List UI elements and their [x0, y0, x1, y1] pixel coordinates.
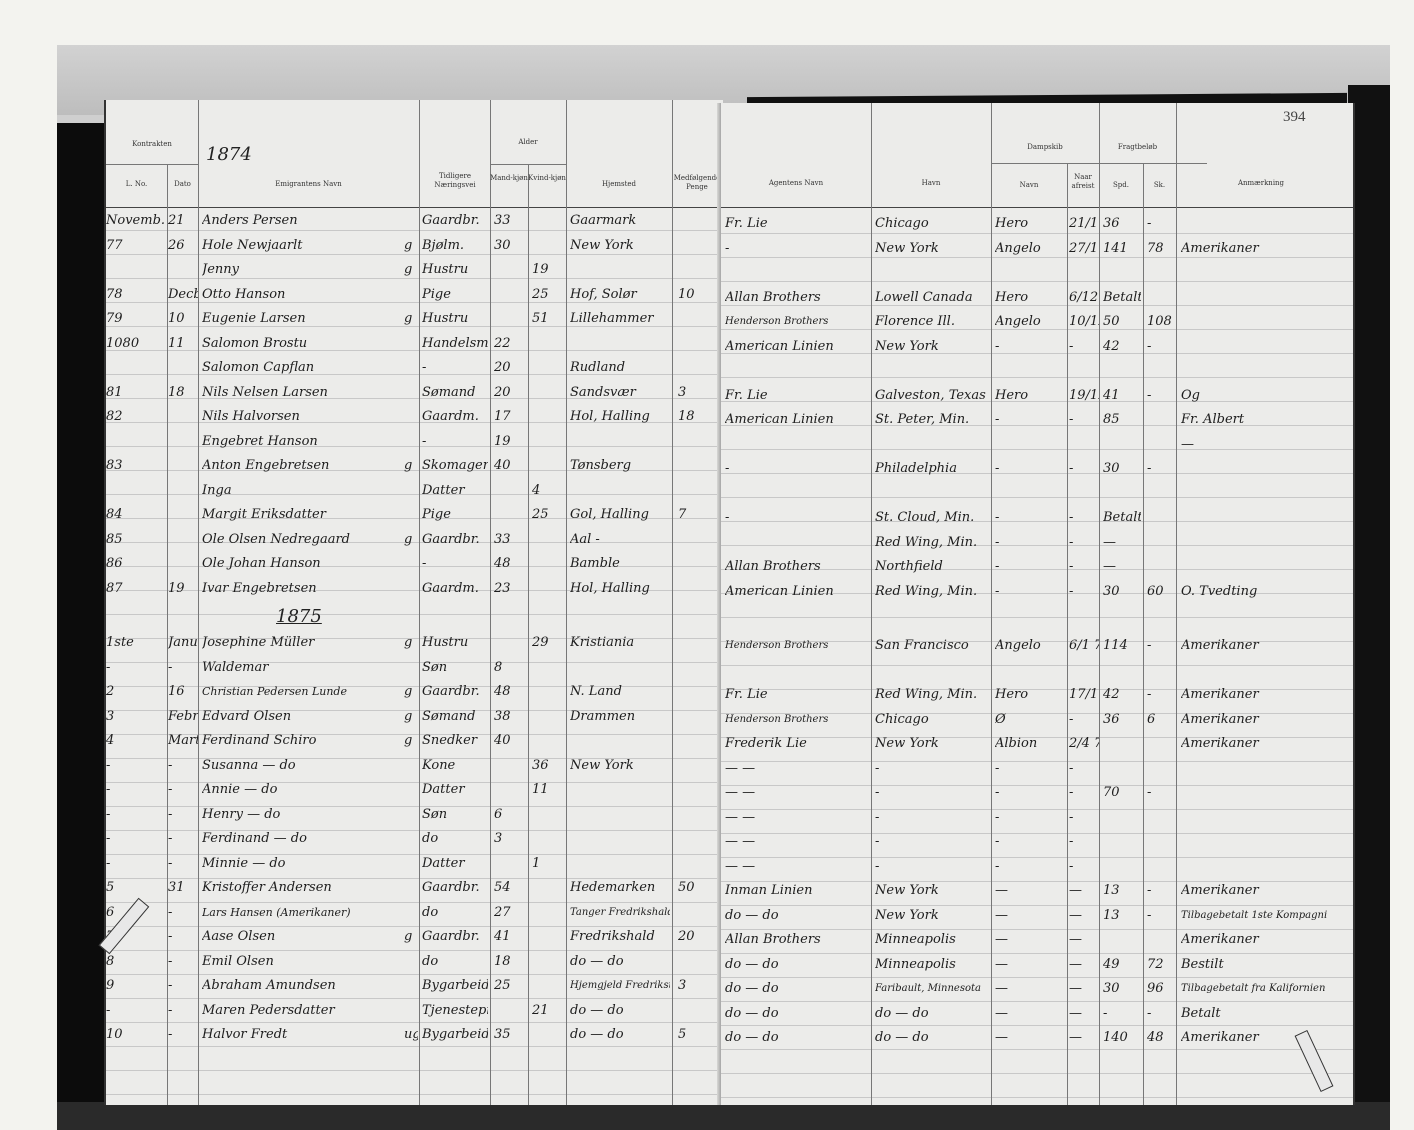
entry-age-male: 33 [494, 529, 526, 551]
ledger-row: --Henry — doSøn6 [106, 804, 723, 826]
entry-lno: 3 [106, 706, 166, 728]
entry-dato: 21 [168, 210, 198, 232]
entry-havn: do — do [875, 1027, 989, 1049]
entry-marital: g [404, 632, 418, 654]
entry-havn: San Francisco [875, 635, 989, 657]
header-kontrakten: Kontrakten [106, 140, 198, 149]
entry-age-male: 40 [494, 455, 526, 477]
ledger-row: -St. Cloud, Min.--Betalt [721, 507, 1353, 529]
entry-ship: Ø [995, 709, 1065, 731]
entry-naering: Bygarbeider [422, 975, 488, 997]
ledger-row: Fr. LieGalveston, TexasHero19/1241-Og [721, 385, 1353, 407]
entry-name: Ole Johan Hanson [202, 553, 402, 575]
entry-lno: 1080 [106, 333, 166, 355]
entry-age-male: 18 [494, 951, 526, 973]
entry-lno: - [106, 1000, 166, 1022]
entry-name: Ferdinand Schiro [202, 730, 402, 752]
entry-anm: Amerikaner [1181, 880, 1346, 902]
entry-ship: Hero [995, 213, 1065, 235]
entry-age-male: 54 [494, 877, 526, 899]
entry-marital: g [404, 730, 418, 752]
entry-name: Christian Pedersen Lunde [202, 681, 402, 703]
entry-penge: 50 [678, 877, 718, 899]
entry-naering: Gaardbr. [422, 681, 488, 703]
entry-agent: Henderson Brothers [725, 709, 869, 731]
entry-agent: Allan Brothers [725, 556, 869, 578]
entry-havn: St. Peter, Min. [875, 409, 989, 431]
entry-marital: g [404, 706, 418, 728]
entry-afreist: — [1069, 954, 1099, 976]
ledger-row: 108011Salomon BrostuHandelsm.22 [106, 333, 723, 355]
entry-lno: 87 [106, 578, 166, 600]
entry-ship: Hero [995, 684, 1065, 706]
entry-afreist: — [1069, 905, 1099, 927]
entry-hjemsted: Kristiania [570, 632, 670, 654]
year-1875: 1875 [276, 606, 322, 627]
entry-afreist: - [1069, 709, 1099, 731]
entry-age-male: 20 [494, 357, 526, 379]
entry-dato: - [168, 951, 198, 973]
page-number: 394 [1283, 109, 1306, 126]
entry-agent: American Linien [725, 409, 869, 431]
entry-ship: - [995, 758, 1065, 780]
entry-spd: 41 [1103, 385, 1141, 407]
entry-ship: - [995, 458, 1065, 480]
entry-havn: St. Cloud, Min. [875, 507, 989, 529]
ledger-row: Fr. LieRed Wing, Min.Hero17/1 7542-Ameri… [721, 684, 1353, 706]
entry-anm: Amerikaner [1181, 684, 1346, 706]
entry-lno: 81 [106, 382, 166, 404]
entry-lno: 82 [106, 406, 166, 428]
entry-sk: - [1147, 782, 1175, 804]
header-anmaerkning: Anmærkning [1176, 179, 1346, 188]
header-kvind: Kvind-kjøn [528, 174, 566, 183]
ledger-row: 7-Aase OlsengGaardbr.41Fredrikshald20 [106, 926, 723, 948]
entry-age-female: 29 [532, 632, 564, 654]
entry-sk: 72 [1147, 954, 1175, 976]
entry-spd: 42 [1103, 684, 1141, 706]
entry-naering: Kone [422, 755, 488, 777]
entry-ship: - [995, 856, 1065, 878]
ledger-row: — —--- [721, 831, 1353, 853]
entry-naering: - [422, 431, 488, 453]
entry-spd: 30 [1103, 458, 1141, 480]
header-dato: Dato [167, 180, 198, 189]
entry-agent: American Linien [725, 581, 869, 603]
entry-dato: 18 [168, 382, 198, 404]
ledger-row: 78Decbr. 5Otto HansonPige25Hof, Solør10 [106, 284, 723, 306]
entry-lno: 2 [106, 681, 166, 703]
entry-anm: Amerikaner [1181, 709, 1346, 731]
entry-sk: - [1147, 1003, 1175, 1025]
entry-hjemsted: Hol, Halling [570, 578, 670, 600]
entry-agent: do — do [725, 1027, 869, 1049]
entry-age-female: 51 [532, 308, 564, 330]
entry-agent: Frederik Lie [725, 733, 869, 755]
header-sk: Sk. [1143, 181, 1176, 190]
header-penge: Medfølgende Penge [672, 174, 722, 192]
entry-hjemsted: Tønsberg [570, 455, 670, 477]
entry-dato: Febr. 16 [168, 706, 198, 728]
entry-lno: - [106, 804, 166, 826]
entry-naering: Gaardbr. [422, 529, 488, 551]
entry-dato: - [168, 902, 198, 924]
entry-name: Margit Eriksdatter [202, 504, 402, 526]
header-name: Emigrantens Navn [198, 180, 419, 189]
entry-naering: Bjølm. [422, 235, 488, 257]
entry-naering: Hustru [422, 259, 488, 281]
entry-lno: 86 [106, 553, 166, 575]
ledger-row: 1steJanuar 5Josephine MüllergHustru29Kri… [106, 632, 723, 654]
entry-dato: Januar 5 [168, 632, 198, 654]
entry-agent: — — [725, 807, 869, 829]
entry-afreist: - [1069, 507, 1099, 529]
entry-ship: - [995, 782, 1065, 804]
entry-sk: 78 [1147, 238, 1175, 260]
entry-hjemsted: New York [570, 235, 670, 257]
entry-dato: - [168, 926, 198, 948]
entry-age-male: 6 [494, 804, 526, 826]
entry-lno: - [106, 755, 166, 777]
entry-marital: g [404, 259, 418, 281]
entry-naering: Snedker [422, 730, 488, 752]
entry-spd: 49 [1103, 954, 1141, 976]
entry-agent: do — do [725, 954, 869, 976]
entry-afreist: 17/1 75 [1069, 684, 1099, 706]
entry-name: Ivar Engebretsen [202, 578, 402, 600]
entry-naering: Hustru [422, 308, 488, 330]
entry-sk: 48 [1147, 1027, 1175, 1049]
entry-naering: Handelsm. [422, 333, 488, 355]
entry-marital: g [404, 235, 418, 257]
ledger-row: -New YorkAngelo27/1114178Amerikaner [721, 238, 1353, 260]
entry-age-male: 3 [494, 828, 526, 850]
entry-lno: 85 [106, 529, 166, 551]
entry-dato: - [168, 804, 198, 826]
entry-spd: — [1103, 532, 1141, 554]
entry-name: Ferdinand — do [202, 828, 402, 850]
entry-lno: 77 [106, 235, 166, 257]
entry-spd: 70 [1103, 782, 1141, 804]
entry-ship: - [995, 336, 1065, 358]
entry-naering: Sømand [422, 706, 488, 728]
entry-naering: Datter [422, 480, 488, 502]
entry-ship: — [995, 929, 1065, 951]
entry-afreist: 6/1 75 [1069, 635, 1099, 657]
ledger-row: 8118Nils Nelsen LarsenSømand20Sandsvær3 [106, 382, 723, 404]
entry-naering: - [422, 357, 488, 379]
entry-ship: — [995, 978, 1065, 1000]
entry-dato: Decbr. 5 [168, 284, 198, 306]
entry-hjemsted: Hjemgjeld Fredrikstad [570, 975, 670, 997]
entry-spd: 13 [1103, 905, 1141, 927]
entry-name: Engebret Hanson [202, 431, 402, 453]
entry-dato: - [168, 828, 198, 850]
entry-name: Eugenie Larsen [202, 308, 402, 330]
entry-naering: - [422, 553, 488, 575]
entry-naering: Datter [422, 853, 488, 875]
entry-havn: - [875, 831, 989, 853]
entry-dato: - [168, 755, 198, 777]
entry-afreist: - [1069, 782, 1099, 804]
entry-age-male: 22 [494, 333, 526, 355]
entry-naering: Søn [422, 657, 488, 679]
entry-spd: - [1103, 1003, 1141, 1025]
entry-age-male: 20 [494, 382, 526, 404]
entry-penge: 7 [678, 504, 718, 526]
entry-spd: 50 [1103, 311, 1141, 333]
ledger-row: JennygHustru19 [106, 259, 723, 281]
entry-dato: 19 [168, 578, 198, 600]
entry-havn: New York [875, 905, 989, 927]
entry-naering: Gaardm. [422, 578, 488, 600]
entry-hjemsted: Rudland [570, 357, 670, 379]
ledger-row: Red Wing, Min.--— [721, 532, 1353, 554]
entry-hjemsted: Gol, Halling [570, 504, 670, 526]
entry-ship: - [995, 831, 1065, 853]
entry-age-male: 38 [494, 706, 526, 728]
entry-age-male: 23 [494, 578, 526, 600]
entry-dato: 31 [168, 877, 198, 899]
book-bottom-edge [57, 1102, 1390, 1130]
year-1874: 1874 [206, 144, 252, 165]
entry-dato: 10 [168, 308, 198, 330]
entry-agent: - [725, 458, 869, 480]
entry-lno: 8 [106, 951, 166, 973]
entry-hjemsted: do — do [570, 951, 670, 973]
entry-age-male: 17 [494, 406, 526, 428]
header-lno: L. No. [106, 180, 167, 189]
ledger-row: 82Nils HalvorsenGaardm.17Hol, Halling18 [106, 406, 723, 428]
entry-havn: Lowell Canada [875, 287, 989, 309]
entry-havn: Chicago [875, 709, 989, 731]
ledger-row: American LinienRed Wing, Min.--3060O. Tv… [721, 581, 1353, 603]
entry-afreist: - [1069, 758, 1099, 780]
entry-spd: — [1103, 556, 1141, 578]
entry-havn: Faribault, Minnesota [875, 978, 989, 1000]
entry-dato: 11 [168, 333, 198, 355]
entry-marital: g [404, 681, 418, 703]
entry-afreist: - [1069, 856, 1099, 878]
entry-sk: - [1147, 336, 1175, 358]
ledger-row: Novemb. 107621Anders PersenGaardbr.33Gaa… [106, 210, 723, 232]
entry-agent: do — do [725, 978, 869, 1000]
entry-naering: do [422, 902, 488, 924]
ledger-row: 7910Eugenie LarsengHustru51Lillehammer [106, 308, 723, 330]
entry-age-male: 48 [494, 681, 526, 703]
entry-age-male: 48 [494, 553, 526, 575]
entry-agent: - [725, 238, 869, 260]
entry-name: Anton Engebretsen [202, 455, 402, 477]
ledger-row: — —--- [721, 807, 1353, 829]
entry-dato: 26 [168, 235, 198, 257]
entry-sk: - [1147, 684, 1175, 706]
entry-spd: 42 [1103, 336, 1141, 358]
entry-afreist: 10/12 [1069, 311, 1099, 333]
entry-lno: - [106, 779, 166, 801]
entry-havn: Red Wing, Min. [875, 581, 989, 603]
entry-name: Aase Olsen [202, 926, 402, 948]
header-ds-navn: Navn [991, 181, 1067, 190]
entry-anm: Tilbagebetalt fra Kalifornien [1181, 978, 1346, 1000]
entry-anm: — [1181, 434, 1346, 456]
entry-lno: 83 [106, 455, 166, 477]
entry-agent: — — [725, 782, 869, 804]
entry-hjemsted: Drammen [570, 706, 670, 728]
ledger-row: — —--- [721, 856, 1353, 878]
entry-agent: Henderson Brothers [725, 635, 869, 657]
entry-hjemsted: Lillehammer [570, 308, 670, 330]
ledger-row: Allan BrothersMinneapolis——Amerikaner [721, 929, 1353, 951]
entry-sk: - [1147, 385, 1175, 407]
entry-anm: Tilbagebetalt 1ste Kompagni [1181, 905, 1346, 927]
entry-name: Emil Olsen [202, 951, 402, 973]
entry-name: Ole Olsen Nedregaard [202, 529, 402, 551]
entry-havn: - [875, 807, 989, 829]
entry-naering: Gaardm. [422, 406, 488, 428]
entry-naering: Gaardbr. [422, 210, 488, 232]
ledger-row: do — doNew York——13-Tilbagebetalt 1ste K… [721, 905, 1353, 927]
entry-hjemsted: Sandsvær [570, 382, 670, 404]
ledger-row: IngaDatter4 [106, 480, 723, 502]
entry-afreist: — [1069, 1003, 1099, 1025]
entry-havn: New York [875, 880, 989, 902]
entry-spd: Betalt [1103, 507, 1141, 529]
entry-dato: - [168, 779, 198, 801]
entry-lno: 78 [106, 284, 166, 306]
ledger-row: American LinienSt. Peter, Min.--85Fr. Al… [721, 409, 1353, 431]
entry-havn: - [875, 782, 989, 804]
entry-ship: — [995, 954, 1065, 976]
ledger-row [721, 360, 1353, 382]
entry-ship: - [995, 807, 1065, 829]
entry-havn: Philadelphia [875, 458, 989, 480]
ledger-row: 85Ole Olsen NedregaardgGaardbr.33Aal - [106, 529, 723, 551]
entry-age-male: 35 [494, 1024, 526, 1046]
entry-agent: — — [725, 856, 869, 878]
entry-afreist: - [1069, 581, 1099, 603]
ledger-row: --Minnie — doDatter1 [106, 853, 723, 875]
entry-penge: 18 [678, 406, 718, 428]
ledger-row: 10-Halvor FredtugiftBygarbeider35do — do… [106, 1024, 723, 1046]
entry-afreist: - [1069, 807, 1099, 829]
entry-agent: Inman Linien [725, 880, 869, 902]
entry-spd: 13 [1103, 880, 1141, 902]
ledger-row: 86Ole Johan Hanson-48Bamble [106, 553, 723, 575]
entry-havn: Minneapolis [875, 954, 989, 976]
entry-spd: 140 [1103, 1027, 1141, 1049]
header-dampskib: Dampskib [991, 143, 1099, 152]
entry-agent: do — do [725, 905, 869, 927]
entry-name: Abraham Amundsen [202, 975, 402, 997]
entry-sk: - [1147, 880, 1175, 902]
entry-name: Jenny [202, 259, 402, 281]
entry-sk: - [1147, 905, 1175, 927]
entry-marital: g [404, 926, 418, 948]
entry-lno: 4 [106, 730, 166, 752]
ledger-row: Frederik LieNew YorkAlbion2/4 75Amerikan… [721, 733, 1353, 755]
entry-ship: Angelo [995, 311, 1065, 333]
entry-havn: New York [875, 238, 989, 260]
entry-havn: Galveston, Texas [875, 385, 989, 407]
entry-naering: do [422, 828, 488, 850]
entry-marital: g [404, 455, 418, 477]
entry-havn: New York [875, 733, 989, 755]
entry-hjemsted: Fredrikshald [570, 926, 670, 948]
entry-havn: Minneapolis [875, 929, 989, 951]
entry-afreist: 2/4 75 [1069, 733, 1099, 755]
entry-spd: 30 [1103, 581, 1141, 603]
entry-dato: - [168, 657, 198, 679]
entry-hjemsted: Gaarmark [570, 210, 670, 232]
entry-agent: American Linien [725, 336, 869, 358]
entry-name: Waldemar [202, 657, 402, 679]
header-ds-afreist: Naar afreist [1067, 173, 1099, 191]
entry-naering: Sømand [422, 382, 488, 404]
entry-marital: g [404, 308, 418, 330]
entry-name: Otto Hanson [202, 284, 402, 306]
entry-name: Minnie — do [202, 853, 402, 875]
entry-name: Maren Pedersdatter [202, 1000, 402, 1022]
entry-penge: 3 [678, 975, 718, 997]
entry-ship: - [995, 409, 1065, 431]
entry-name: Susanna — do [202, 755, 402, 777]
entry-lno: - [106, 828, 166, 850]
entry-anm: Og [1181, 385, 1346, 407]
entry-age-female: 25 [532, 284, 564, 306]
entry-name: Lars Hansen (Amerikaner) [202, 902, 402, 924]
ledger-row: Allan BrothersNorthfield--— [721, 556, 1353, 578]
entry-name: Salomon Brostu [202, 333, 402, 355]
entry-name: Annie — do [202, 779, 402, 801]
entry-anm: Amerikaner [1181, 733, 1346, 755]
entry-marital: g [404, 529, 418, 551]
entry-age-male: 25 [494, 975, 526, 997]
entry-ship: — [995, 880, 1065, 902]
entry-ship: - [995, 556, 1065, 578]
entry-lno: - [106, 657, 166, 679]
ledger-row: Henderson BrothersSan FranciscoAngelo6/1… [721, 635, 1353, 657]
entry-name: Halvor Fredt [202, 1024, 402, 1046]
entry-ship: - [995, 532, 1065, 554]
ledger-row: Allan BrothersLowell CanadaHero6/12Betal… [721, 287, 1353, 309]
entry-agent: Fr. Lie [725, 684, 869, 706]
entry-havn: Chicago [875, 213, 989, 235]
ledger-row: -Philadelphia--30- [721, 458, 1353, 480]
ledger-row: Fr. LieChicagoHero21/1136- [721, 213, 1353, 235]
entry-naering: Søn [422, 804, 488, 826]
entry-age-female: 25 [532, 504, 564, 526]
entry-afreist: — [1069, 929, 1099, 951]
entry-age-female: 36 [532, 755, 564, 777]
entry-dato: - [168, 1024, 198, 1046]
entry-lno: Novemb. 1076 [106, 210, 166, 232]
header-spd: Spd. [1099, 181, 1143, 190]
entry-hjemsted: Hedemarken [570, 877, 670, 899]
ledger-row: --Susanna — doKone36New York [106, 755, 723, 777]
entry-naering: Skomager [422, 455, 488, 477]
header-havn: Havn [871, 179, 991, 188]
entry-naering: Pige [422, 504, 488, 526]
entry-naering: Gaardbr. [422, 926, 488, 948]
entry-age-male: 8 [494, 657, 526, 679]
entry-lno: - [106, 853, 166, 875]
entry-anm: Amerikaner [1181, 635, 1346, 657]
right-page: 394 Agentens Navn Havn Dampskib Navn Naa… [721, 103, 1355, 1105]
entry-penge: 20 [678, 926, 718, 948]
entry-afreist: - [1069, 532, 1099, 554]
entry-spd: 114 [1103, 635, 1141, 657]
